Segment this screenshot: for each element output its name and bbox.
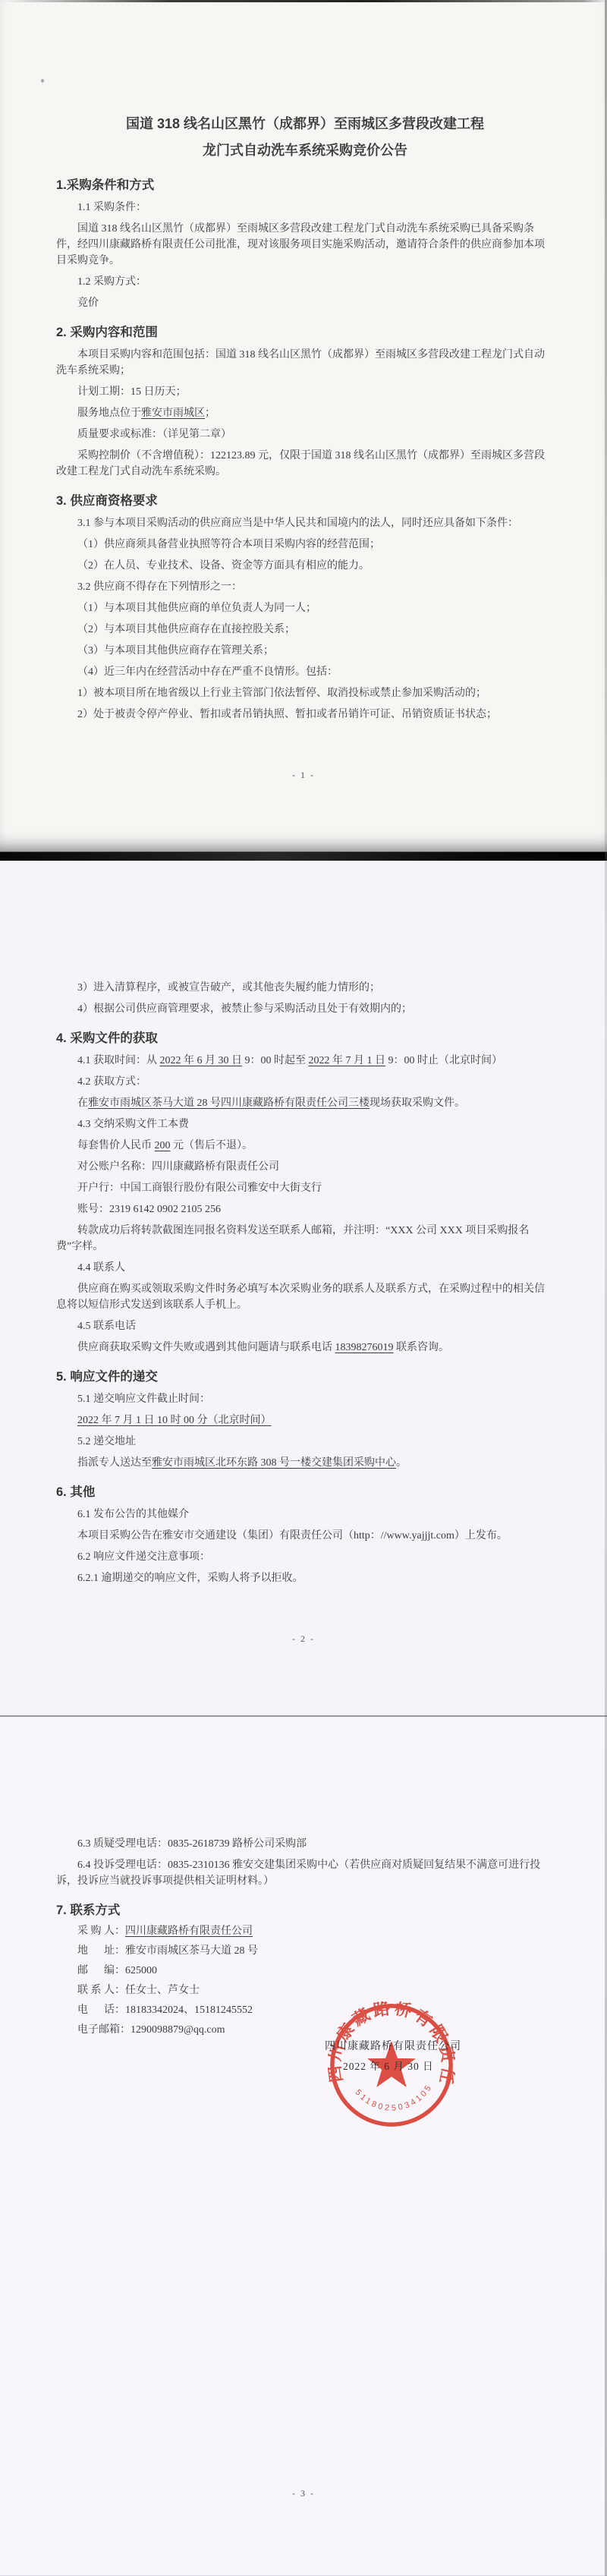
fee-suffix: 元（售后不退）。: [171, 1140, 253, 1151]
scope-paragraph: 本项目采购内容和范围包括：国道 318 线名山区黑竹（成都界）至雨城区多营段改建…: [56, 347, 554, 379]
fee-amount: 200: [155, 1140, 171, 1151]
page-3: 6.3 质疑受理电话：0835-2618739 路桥公司采购部 6.4 投诉受理…: [0, 1717, 607, 2576]
section-7-heading: 7. 联系方式: [56, 1901, 554, 1919]
delivery-address-line: 指派专人送达至雅安市雨城区北环东路 308 号一楼交建集团采购中心。: [56, 1455, 554, 1471]
clause-4-4: 4.4 联系人: [56, 1260, 554, 1276]
document-title-line-1: 国道 318 线名山区黑竹（成都界）至雨城区多营段改建工程: [56, 111, 554, 137]
zip-label: 邮 编：: [77, 1965, 125, 1976]
location-prefix: 服务地点位于: [77, 408, 141, 419]
deadline-underlined: 2022 年 7 月 1 日 10 时 00 分（北京时间）: [77, 1415, 272, 1426]
clause-6-4: 6.4 投诉受理电话：0835-2310136 雅安交建集团采购中心（若供应商对…: [56, 1857, 554, 1889]
clause-1-1-paragraph: 国道 318 线名山区黑竹（成都界）至雨城区多营段改建工程龙门式自动洗车系统采购…: [56, 221, 554, 269]
clause-3-2-item-4-sub-2: 2）处于被责令停产停业、暂扣或者吊销执照、暂扣或者吊销许可证、吊销资质证书状态；: [56, 707, 554, 723]
seal-code-text: 5118025034105: [354, 2082, 435, 2113]
section-5-heading: 5. 响应文件的递交: [56, 1368, 554, 1386]
page-1: 国道 318 线名山区黑竹（成都界）至雨城区多营段改建工程 龙门式自动洗车系统采…: [0, 0, 607, 852]
contact-email-row: 电子邮箱：1290098879@qq.com: [56, 2022, 554, 2038]
transfer-note-paragraph: 转款成功后将转款截图连同报名资料发送至联系人邮箱，并注明：“XXX 公司 XXX…: [56, 1223, 554, 1255]
email-label: 电子邮箱：: [77, 2024, 131, 2036]
section-1-heading: 1.采购条件和方式: [56, 176, 554, 194]
clause-3-2-item-4-sub-1: 1）被本项目所在地省级以上行业主管部门依法暂停、取消投标或禁止参加采购活动的；: [56, 685, 554, 701]
hotline-number: 18398276019: [335, 1342, 394, 1353]
clause-3-2-item-4-sub-3: 3）进入清算程序，或被宣告破产，或其他丧失履约能力情形的；: [56, 980, 554, 996]
obtain-time-middle: 9：00 时起至: [242, 1055, 309, 1066]
hotline-prefix: 供应商获取采购文件失败或遇到其他问题请与联系电话: [77, 1342, 335, 1353]
phone-label: 电 话：: [77, 2004, 125, 2016]
seal-company-name-text: 四川康藏路桥有限责任公司: [325, 2038, 461, 2053]
address-label: 地 址：: [77, 1945, 125, 1957]
contact-phone-row: 电 话：18183342024、15181245552: [56, 2002, 554, 2018]
quality-line: 质量要求或标准：（详见第二章）: [56, 427, 554, 442]
contact-address-row: 地 址：雅安市雨城区茶马大道 28 号: [56, 1943, 554, 1959]
account-name-line: 对公账户名称：四川康藏路桥有限责任公司: [56, 1159, 554, 1175]
section-2-heading: 2. 采购内容和范围: [56, 323, 554, 342]
schedule-line: 计划工期：15 日历天；: [56, 384, 554, 400]
clause-4-4-paragraph: 供应商在购买或领取采购文件时务必填写本次采购业务的联系人及联系方式，在采购过程中…: [56, 1281, 554, 1313]
clause-3-2-item-2: （2）与本项目其他供应商存在直接控股关系；: [56, 622, 554, 638]
zip-value: 625000: [125, 1965, 157, 1976]
clause-6-2-1: 6.2.1 逾期递交的响应文件，采购人将予以拒收。: [56, 1570, 554, 1586]
contact-person-row: 联 系 人：任女士、芦女士: [56, 1982, 554, 1998]
clause-3-2-item-4: （4）近三年内在经营活动中存在严重不良情形。包括：: [56, 664, 554, 680]
bank-line: 开户行：中国工商银行股份有限公司雅安中大街支行: [56, 1180, 554, 1196]
clause-4-3: 4.3 交纳采购文件工本费: [56, 1116, 554, 1132]
obtain-place-prefix: 在: [77, 1097, 88, 1109]
scan-speck: [41, 79, 44, 83]
hotline-suffix: 联系咨询。: [394, 1342, 450, 1353]
clause-6-2: 6.2 响应文件递交注意事项：: [56, 1549, 554, 1565]
clause-4-5: 4.5 联系电话: [56, 1318, 554, 1334]
service-location-line: 服务地点位于雅安市雨城区；: [56, 405, 554, 421]
page-number-2: - 2 -: [0, 1633, 607, 1645]
document-title-line-2: 龙门式自动洗车系统采购竞价公告: [56, 137, 554, 164]
page-2: 3）进入清算程序，或被宣告破产，或其他丧失履约能力情形的； 4）根据公司供应商管…: [0, 861, 607, 1717]
phone-value: 18183342024、15181245552: [125, 2004, 253, 2016]
scanned-document: 国道 318 线名山区黑竹（成都界）至雨城区多营段改建工程 龙门式自动洗车系统采…: [0, 0, 607, 2576]
buyer-value: 四川康藏路桥有限责任公司: [125, 1926, 253, 1937]
clause-4-5-paragraph: 供应商获取采购文件失败或遇到其他问题请与联系电话 18398276019 联系咨…: [56, 1340, 554, 1356]
person-label: 联 系 人：: [77, 1985, 125, 1996]
clause-3-1-item-1: （1）供应商须具备营业执照等符合本项目采购内容的经营范围；: [56, 537, 554, 553]
clause-1-1: 1.1 采购条件：: [56, 200, 554, 216]
page-number-3: - 3 -: [0, 2488, 607, 2499]
contact-zip-row: 邮 编：625000: [56, 1963, 554, 1979]
clause-6-3: 6.3 质疑受理电话：0835-2618739 路桥公司采购部: [56, 1836, 554, 1852]
deadline-line: 2022 年 7 月 1 日 10 时 00 分（北京时间）: [56, 1412, 554, 1428]
page-number-1: - 1 -: [0, 770, 607, 781]
clause-4-1-obtain-time: 4.1 获取时间：从 2022 年 6 月 30 日 9：00 时起至 2022…: [56, 1053, 554, 1069]
clause-4-2: 4.2 获取方式：: [56, 1074, 554, 1090]
account-number-line: 账号：2319 6142 0902 2105 256: [56, 1201, 554, 1217]
clause-5-1: 5.1 递交响应文件截止时间：: [56, 1391, 554, 1407]
clause-3-2: 3.2 供应商不得存在下列情形之一：: [56, 579, 554, 595]
obtain-end-date: 2022 年 7 月 1 日: [309, 1055, 386, 1066]
fee-prefix: 每套售价人民币: [77, 1140, 155, 1151]
person-value: 任女士、芦女士: [125, 1985, 200, 1996]
clause-3-2-item-4-sub-4: 4）根据公司供应商管理要求，被禁止参与采购活动且处于有效期内的；: [56, 1001, 554, 1017]
clause-3-2-item-3: （3）与本项目其他供应商存在管理关系；: [56, 643, 554, 659]
clause-6-1-paragraph: 本项目采购公告在雅安市交通建设（集团）有限责任公司（http：//www.yaj…: [56, 1528, 554, 1544]
document-fee-line: 每套售价人民币 200 元（售后不退）。: [56, 1138, 554, 1154]
clause-4-2-paragraph: 在雅安市雨城区茶马大道 28 号四川康藏路桥有限责任公司三楼现场获取采购文件。: [56, 1095, 554, 1111]
delivery-suffix: 。: [396, 1457, 407, 1469]
clause-3-1-item-2: （2）在人员、专业技术、设备、资金等方面具有相应的能力。: [56, 558, 554, 574]
clause-3-1: 3.1 参与本项目采购活动的供应商应当是中华人民共和国境内的法人，同时还应具备如…: [56, 515, 554, 531]
location-suffix: ；: [205, 408, 215, 419]
section-3-heading: 3. 供应商资格要求: [56, 492, 554, 510]
clause-3-2-item-1: （1）与本项目其他供应商的单位负责人为同一人；: [56, 600, 554, 616]
obtain-start-date: 2022 年 6 月 30 日: [160, 1055, 243, 1066]
clause-1-2-paragraph: 竞价: [56, 295, 554, 311]
obtain-place-underlined: 雅安市雨城区茶马大道 28 号四川康藏路桥有限责任公司三楼: [88, 1097, 370, 1109]
clause-6-1: 6.1 发布公告的其他媒介: [56, 1507, 554, 1523]
address-value: 雅安市雨城区茶马大道 28 号: [125, 1945, 258, 1957]
clause-1-2: 1.2 采购方式：: [56, 274, 554, 290]
obtain-time-suffix: 9：00 时止（北京时间）: [385, 1055, 502, 1066]
section-6-heading: 6. 其他: [56, 1483, 554, 1501]
control-price-paragraph: 采购控制价（不含增值税）：122123.89 元，仅限于国道 318 线名山区黑…: [56, 448, 554, 480]
email-value: 1290098879@qq.com: [131, 2024, 225, 2036]
buyer-label: 采 购 人：: [77, 1926, 125, 1937]
obtain-time-prefix: 4.1 获取时间：从: [77, 1055, 160, 1066]
obtain-place-suffix: 现场获取采购文件。: [370, 1097, 465, 1109]
seal-date-text: 2022 年 6 月 30 日: [343, 2058, 434, 2073]
clause-5-2: 5.2 递交地址: [56, 1434, 554, 1450]
section-4-heading: 4. 采购文件的获取: [56, 1029, 554, 1047]
page-edge-shadow: [0, 852, 607, 861]
delivery-address-underlined: 雅安市雨城区北环东路 308 号一楼交建集团采购中心: [152, 1457, 396, 1469]
contact-buyer-row: 采 购 人：四川康藏路桥有限责任公司: [56, 1923, 554, 1939]
delivery-prefix: 指派专人送达至: [77, 1457, 152, 1469]
location-underlined: 雅安市雨城区: [141, 408, 205, 419]
